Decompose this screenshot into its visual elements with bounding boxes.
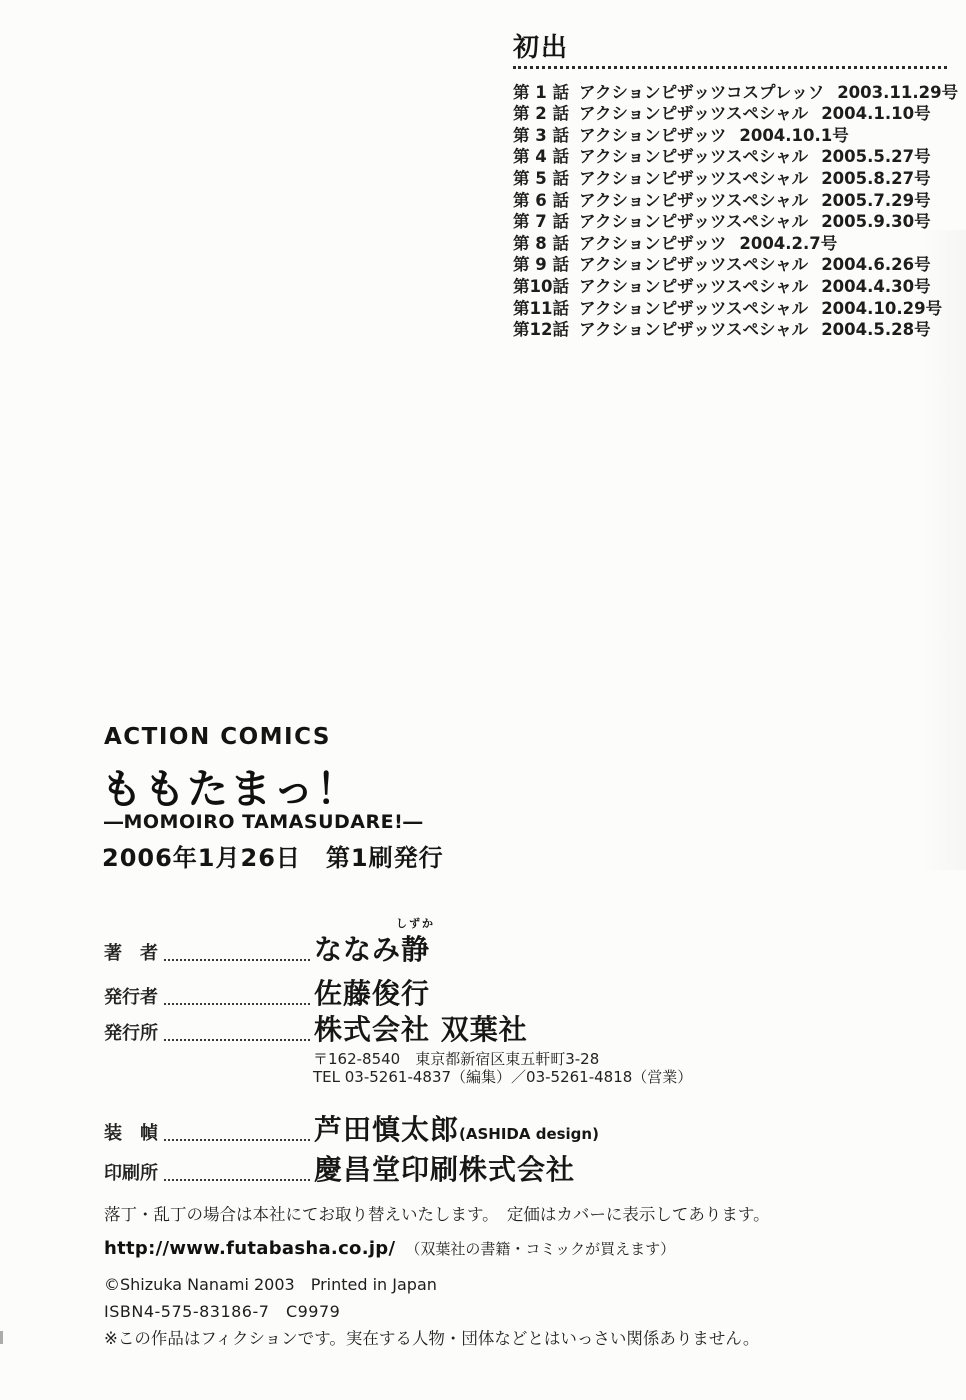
magazine-name: アクションピザッツスペシャル xyxy=(579,165,808,189)
credit-text: 慶昌堂印刷株式会社 xyxy=(314,1153,575,1186)
publication-entry: 第 3 話アクションピザッツ2004.10.1号 xyxy=(513,122,947,144)
issue-date: 2004.6.26号 xyxy=(821,251,930,275)
name-with-furigana: しずか静 xyxy=(401,928,430,968)
chapter-number: 第 6 話 xyxy=(513,187,579,211)
dotted-leader xyxy=(164,1039,310,1041)
dotted-leader xyxy=(164,959,310,961)
fiction-disclaimer: ※この作品はフィクションです。実在する人物・団体などとはいっさい関係ありません。 xyxy=(104,1325,759,1349)
issue-date: 2004.2.7号 xyxy=(739,230,837,254)
magazine-name: アクションピザッツスペシャル xyxy=(579,208,808,232)
magazine-name: アクションピザッツスペシャル xyxy=(579,316,808,340)
credit-value: 佐藤俊行 xyxy=(314,972,430,1012)
credit-row: 発行所株式会社 双葉社 xyxy=(104,1008,528,1048)
credit-value: ななみしずか静 xyxy=(314,928,430,968)
credit-text: ななみ xyxy=(314,933,401,966)
chapter-number: 第 2 話 xyxy=(513,100,579,124)
publication-entry: 第12話アクションピザッツスペシャル2004.5.28号 xyxy=(513,316,947,338)
issue-date: 2004.10.1号 xyxy=(739,122,848,146)
magazine-name: アクションピザッツコスプレッソ xyxy=(579,79,824,103)
chapter-number: 第 1 話 xyxy=(513,79,579,103)
issue-date: 2004.4.30号 xyxy=(821,273,930,297)
credit-value: 株式会社 双葉社 xyxy=(314,1008,528,1048)
publisher-address: 〒162-8540 東京都新宿区東五軒町3-28TEL 03-5261-4837… xyxy=(313,1051,692,1086)
copyright-line: ©Shizuka Nanami 2003 Printed in Japan xyxy=(104,1272,437,1295)
chapter-number: 第11話 xyxy=(513,295,579,319)
series-label: ACTION COMICS xyxy=(104,724,331,750)
publication-entry: 第 4 話アクションピザッツスペシャル2005.5.27号 xyxy=(513,143,947,165)
credit-text: 株式会社 双葉社 xyxy=(314,1013,528,1046)
address-line: TEL 03-5261-4837（編集）／03-5261-4818（営業） xyxy=(313,1069,692,1087)
publisher-url-note: （双葉社の書籍・コミックが買えます） xyxy=(405,1238,675,1259)
chapter-number: 第 9 話 xyxy=(513,251,579,275)
furigana: しずか xyxy=(396,915,435,931)
credit-row: 装 幀芦田慎太郎(ASHIDA design) xyxy=(104,1108,599,1148)
credit-text: 芦田慎太郎 xyxy=(314,1113,459,1146)
publication-entry: 第10話アクションピザッツスペシャル2004.4.30号 xyxy=(513,273,947,295)
isbn-code: ISBN4-575-83186-7 C9979 xyxy=(104,1299,340,1322)
credit-text: 佐藤俊行 xyxy=(314,977,430,1010)
credit-label: 発行者 xyxy=(104,983,162,1009)
magazine-name: アクションピザッツ xyxy=(579,122,726,146)
credit-value: 芦田慎太郎(ASHIDA design) xyxy=(314,1108,599,1148)
credit-value: 慶昌堂印刷株式会社 xyxy=(314,1148,575,1188)
issue-date: 2005.9.30号 xyxy=(821,208,930,232)
chapter-number: 第10話 xyxy=(513,273,579,297)
first-publication-section: 初出 第 1 話アクションピザッツコスプレッソ2003.11.29号第 2 話ア… xyxy=(513,34,947,338)
first-publication-list: 第 1 話アクションピザッツコスプレッソ2003.11.29号第 2 話アクショ… xyxy=(513,79,947,338)
edition-date: 2006年1月26日 第1刷発行 xyxy=(102,838,444,873)
publisher-url: http://www.futabasha.co.jp/ xyxy=(104,1238,395,1259)
address-line: 〒162-8540 東京都新宿区東五軒町3-28 xyxy=(313,1051,692,1069)
chapter-number: 第 3 話 xyxy=(513,122,579,146)
credit-label: 著 者 xyxy=(104,939,162,965)
chapter-number: 第 4 話 xyxy=(513,143,579,167)
chapter-number: 第 8 話 xyxy=(513,230,579,254)
publication-entry: 第11話アクションピザッツスペシャル2004.10.29号 xyxy=(513,295,947,317)
dotted-rule xyxy=(513,66,947,69)
dotted-leader xyxy=(164,1139,310,1141)
replacement-notice: 落丁・乱丁の場合は本社にてお取り替えいたします。 定価はカバーに表示してあります… xyxy=(104,1201,770,1225)
magazine-name: アクションピザッツスペシャル xyxy=(579,187,808,211)
credit-label: 発行所 xyxy=(104,1019,162,1045)
dotted-leader xyxy=(164,1179,310,1181)
publication-entry: 第 1 話アクションピザッツコスプレッソ2003.11.29号 xyxy=(513,79,947,101)
dotted-leader xyxy=(164,1003,310,1005)
magazine-name: アクションピザッツ xyxy=(579,230,726,254)
credit-label: 装 幀 xyxy=(104,1119,162,1145)
issue-date: 2005.5.27号 xyxy=(821,143,930,167)
magazine-name: アクションピザッツスペシャル xyxy=(579,143,808,167)
colophon-page: 初出 第 1 話アクションピザッツコスプレッソ2003.11.29号第 2 話ア… xyxy=(0,0,966,1400)
credit-label: 印刷所 xyxy=(104,1159,162,1185)
publication-entry: 第 6 話アクションピザッツスペシャル2005.7.29号 xyxy=(513,187,947,209)
credit-row: 発行者佐藤俊行 xyxy=(104,972,430,1012)
scan-artifact xyxy=(0,1331,3,1344)
publication-entry: 第 7 話アクションピザッツスペシャル2005.9.30号 xyxy=(513,208,947,230)
publication-entry: 第 9 話アクションピザッツスペシャル2004.6.26号 xyxy=(513,251,947,273)
issue-date: 2005.7.29号 xyxy=(821,187,930,211)
first-publication-heading: 初出 xyxy=(513,34,947,63)
magazine-name: アクションピザッツスペシャル xyxy=(579,251,808,275)
scan-edge-shading xyxy=(920,230,966,870)
magazine-name: アクションピザッツスペシャル xyxy=(579,273,808,297)
credit-row: 著 者ななみしずか静 xyxy=(104,928,430,968)
chapter-number: 第12話 xyxy=(513,316,579,340)
issue-date: 2003.11.29号 xyxy=(837,79,958,103)
credit-text: (ASHIDA design) xyxy=(459,1125,599,1143)
magazine-name: アクションピザッツスペシャル xyxy=(579,100,808,124)
chapter-number: 第 5 話 xyxy=(513,165,579,189)
issue-date: 2004.1.10号 xyxy=(821,100,930,124)
magazine-name: アクションピザッツスペシャル xyxy=(579,295,808,319)
issue-date: 2005.8.27号 xyxy=(821,165,930,189)
publisher-url-row: http://www.futabasha.co.jp/ （双葉社の書籍・コミック… xyxy=(104,1238,675,1259)
chapter-number: 第 7 話 xyxy=(513,208,579,232)
credit-row: 印刷所慶昌堂印刷株式会社 xyxy=(104,1148,575,1188)
publication-entry: 第 8 話アクションピザッツ2004.2.7号 xyxy=(513,230,947,252)
publication-entry: 第 5 話アクションピザッツスペシャル2005.8.27号 xyxy=(513,165,947,187)
publication-entry: 第 2 話アクションピザッツスペシャル2004.1.10号 xyxy=(513,100,947,122)
book-title: ももたまっ！ xyxy=(101,756,359,815)
book-subtitle-romanized: ―MOMOIRO TAMASUDARE!― xyxy=(104,811,423,833)
issue-date: 2004.5.28号 xyxy=(821,316,930,340)
